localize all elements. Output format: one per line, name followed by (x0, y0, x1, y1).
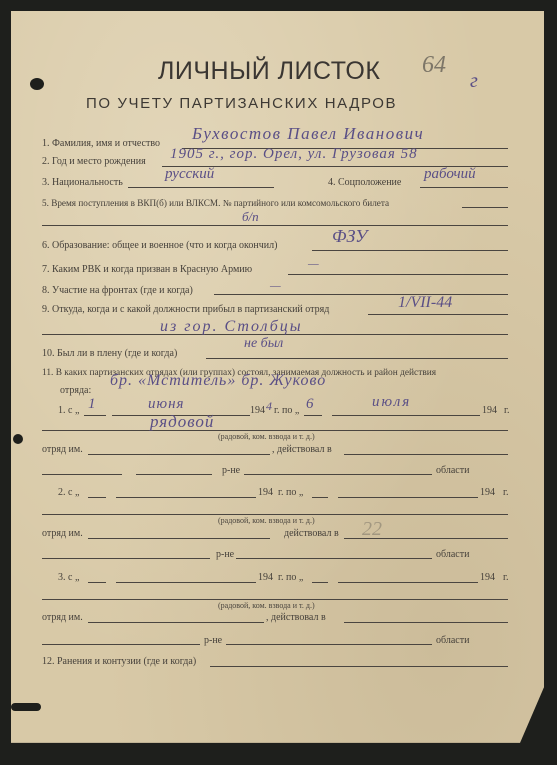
field-12-label: 12. Ранения и контузии (где и когда) (42, 656, 196, 667)
punch-hole (30, 78, 44, 90)
period-1-year-suffix: г. (504, 405, 509, 416)
field-3-line (128, 187, 274, 188)
field-9-value-2[interactable]: из гор. Столбцы (160, 318, 303, 336)
period-1-from-year-prefix: 194 (250, 405, 265, 416)
field-7-value[interactable]: — (308, 256, 319, 271)
period-1-otryad-line (88, 454, 270, 455)
corner-ink-mark: г (470, 70, 478, 93)
period-2-year-suffix: г. (503, 487, 508, 498)
period-3-to-year: 194 (480, 572, 495, 583)
document-subtitle: ПО УЧЕТУ ПАРТИЗАНСКИХ НАДРОВ (86, 95, 397, 112)
period-2-acted-label: действовал в (284, 528, 339, 539)
period-2-month-line (116, 497, 256, 498)
period-1-to-month-line (332, 415, 480, 416)
period-1-acted-label: , действовал в (272, 444, 332, 455)
period-2-otryad-line (88, 538, 270, 539)
field-4-line (420, 187, 508, 188)
period-1-position-hint: (радовой, ком. взвода и т. д.) (218, 432, 315, 441)
field-12-line (210, 666, 508, 667)
field-9-label: 9. Откуда, когда и с какой должности при… (42, 304, 329, 315)
punch-hole (13, 434, 23, 444)
field-1-value[interactable]: Бухвостов Павел Иванович (192, 124, 424, 144)
period-2-position-hint: (радовой, ком. взвода и т. д.) (218, 516, 315, 525)
field-3-label: 3. Национальность (42, 177, 123, 188)
period-3-otryad-line (88, 622, 264, 623)
period-3-month-line (116, 582, 256, 583)
period-3-otryad-label: отряд им. (42, 612, 83, 623)
period-1-to-year: 194 (482, 405, 497, 416)
period-2-to-label: г. по „ (278, 487, 303, 498)
period-3-acted-line (344, 622, 508, 623)
field-5-value[interactable]: б/п (242, 209, 259, 225)
pencil-note: 22 (362, 518, 382, 541)
field-4-value[interactable]: рабочий (424, 166, 476, 183)
corner-number-mark: 64 (422, 52, 446, 79)
field-11-otryad-value[interactable]: бр. «Мститель» бр. Жуково (110, 372, 326, 390)
period-1-rayon-label: р-не (222, 465, 240, 476)
period-1-day-line (84, 415, 106, 416)
period-3-to-month-line (338, 582, 478, 583)
period-2-oblast-line (236, 558, 432, 559)
field-8-line (214, 294, 508, 295)
period-2-oblast-label: области (436, 549, 469, 560)
period-3-from-year-prefix: 194 (258, 572, 273, 583)
period-1-to-label: г. по „ (274, 405, 299, 416)
period-3-number: 3. с „ (58, 572, 79, 583)
period-1-position[interactable]: рядовой (150, 412, 214, 432)
period-1-from-year[interactable]: 4 (266, 399, 272, 414)
period-1-from-day[interactable]: 1 (88, 396, 96, 413)
period-2-day-line (88, 497, 106, 498)
field-5-line-a (462, 207, 508, 208)
field-11-otryad-label: отряда: (60, 385, 91, 396)
field-8-value[interactable]: — (270, 278, 281, 293)
period-2-to-year: 194 (480, 487, 495, 498)
period-1-position-line (42, 430, 508, 431)
period-3-year-suffix: г. (503, 572, 508, 583)
period-1-otryad-label: отряд им. (42, 444, 83, 455)
field-7-label: 7. Каким РВК и когда призван в Красную А… (42, 264, 252, 275)
period-1-rayon-line-a (42, 474, 122, 475)
period-3-to-day-line (312, 582, 328, 583)
field-6-label: 6. Образование: общее и военное (что и к… (42, 240, 277, 251)
period-2-rayon-label: р-не (216, 549, 234, 560)
period-3-day-line (88, 582, 106, 583)
field-3-value[interactable]: русский (165, 166, 214, 183)
period-2-otryad-label: отряд им. (42, 528, 83, 539)
period-3-rayon-line (42, 644, 200, 645)
period-3-acted-label: , действовал в (266, 612, 326, 623)
field-8-label: 8. Участие на фронтах (где и когда) (42, 285, 193, 296)
period-3-to-label: г. по „ (278, 572, 303, 583)
period-3-position-hint: (радовой, ком. взвода и т. д.) (218, 601, 315, 610)
period-3-oblast-label: области (436, 635, 469, 646)
period-1-oblast-label: области (436, 465, 469, 476)
document-title: ЛИЧНЫЙ ЛИСТОК (158, 57, 380, 86)
field-5-label: 5. Время поступления в ВКП(б) или ВЛКСМ.… (42, 198, 389, 208)
period-1-to-month[interactable]: июля (372, 394, 411, 411)
period-1-oblast-line (244, 474, 432, 475)
period-1-number: 1. с „ (58, 405, 79, 416)
field-9-line-a (368, 314, 508, 315)
field-9-value[interactable]: 1/VII-44 (398, 294, 452, 312)
field-5-line-b (42, 225, 508, 226)
period-2-to-month-line (338, 497, 478, 498)
field-10-value[interactable]: не был (244, 336, 283, 352)
period-3-rayon-label: р-не (204, 635, 222, 646)
field-1-label: 1. Фамилия, имя и отчество (42, 138, 160, 149)
field-10-label: 10. Был ли в плену (где и когда) (42, 348, 177, 359)
field-7-line (288, 274, 508, 275)
period-3-position-line (42, 599, 508, 600)
field-2-label: 2. Год и место рождения (42, 156, 146, 167)
field-2-value[interactable]: 1905 г., гор. Орел, ул. Грузовая 58 (170, 146, 418, 163)
period-1-acted-line (344, 454, 508, 455)
period-2-rayon-line (42, 558, 210, 559)
period-1-rayon-line-b (136, 474, 212, 475)
field-4-label: 4. Соцположение (328, 177, 401, 188)
field-6-value[interactable]: ФЗУ (332, 226, 367, 247)
period-1-to-day[interactable]: 6 (306, 396, 314, 413)
period-2-position-line (42, 514, 508, 515)
period-1-to-day-line (304, 415, 322, 416)
field-10-line (206, 358, 508, 359)
period-2-from-year-prefix: 194 (258, 487, 273, 498)
period-2-to-day-line (312, 497, 328, 498)
field-6-line (312, 250, 508, 251)
period-3-oblast-line (226, 644, 432, 645)
period-2-number: 2. с „ (58, 487, 79, 498)
punch-hole (11, 703, 41, 711)
period-1-from-month[interactable]: июня (148, 396, 185, 413)
